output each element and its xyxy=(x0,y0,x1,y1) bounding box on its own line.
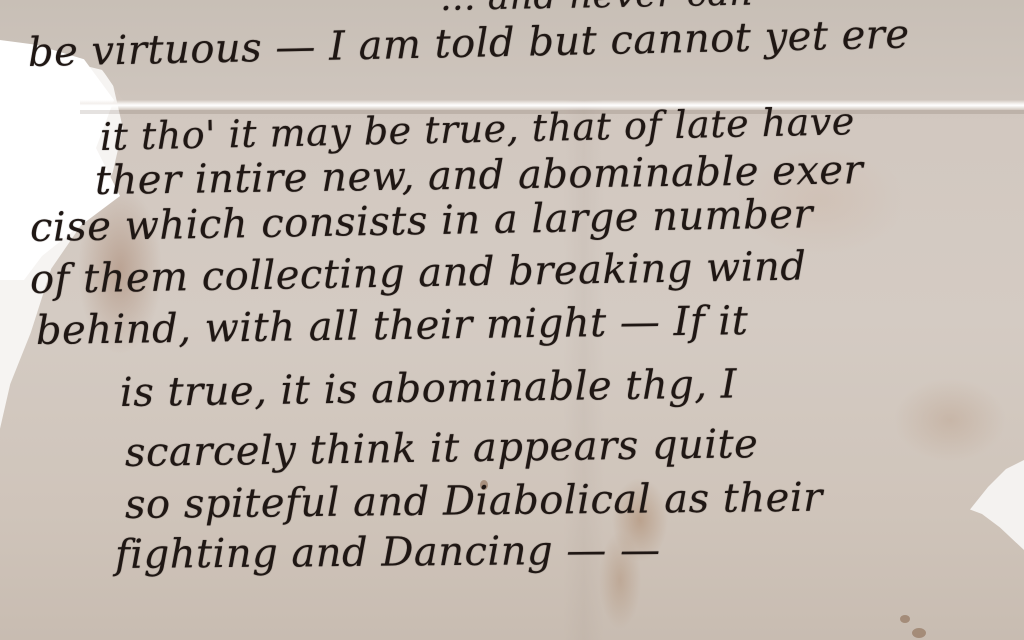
text-line: is true, it is abominable thg, I xyxy=(120,361,738,416)
document-photo: ... and never can be virtuous — I am tol… xyxy=(0,0,1024,640)
text-line: scarcely think it appears quite xyxy=(125,421,759,476)
text-line: so spiteful and Diabolical as their xyxy=(125,475,823,528)
text-line: of them collecting and breaking wind xyxy=(30,243,807,303)
text-line: be virtuous — I am told but cannot yet e… xyxy=(28,12,911,76)
text-line: behind, with all their might — If it xyxy=(36,298,749,354)
text-line: fighting and Dancing — — xyxy=(115,527,661,578)
handwritten-text: ... and never can be virtuous — I am tol… xyxy=(0,0,1024,640)
